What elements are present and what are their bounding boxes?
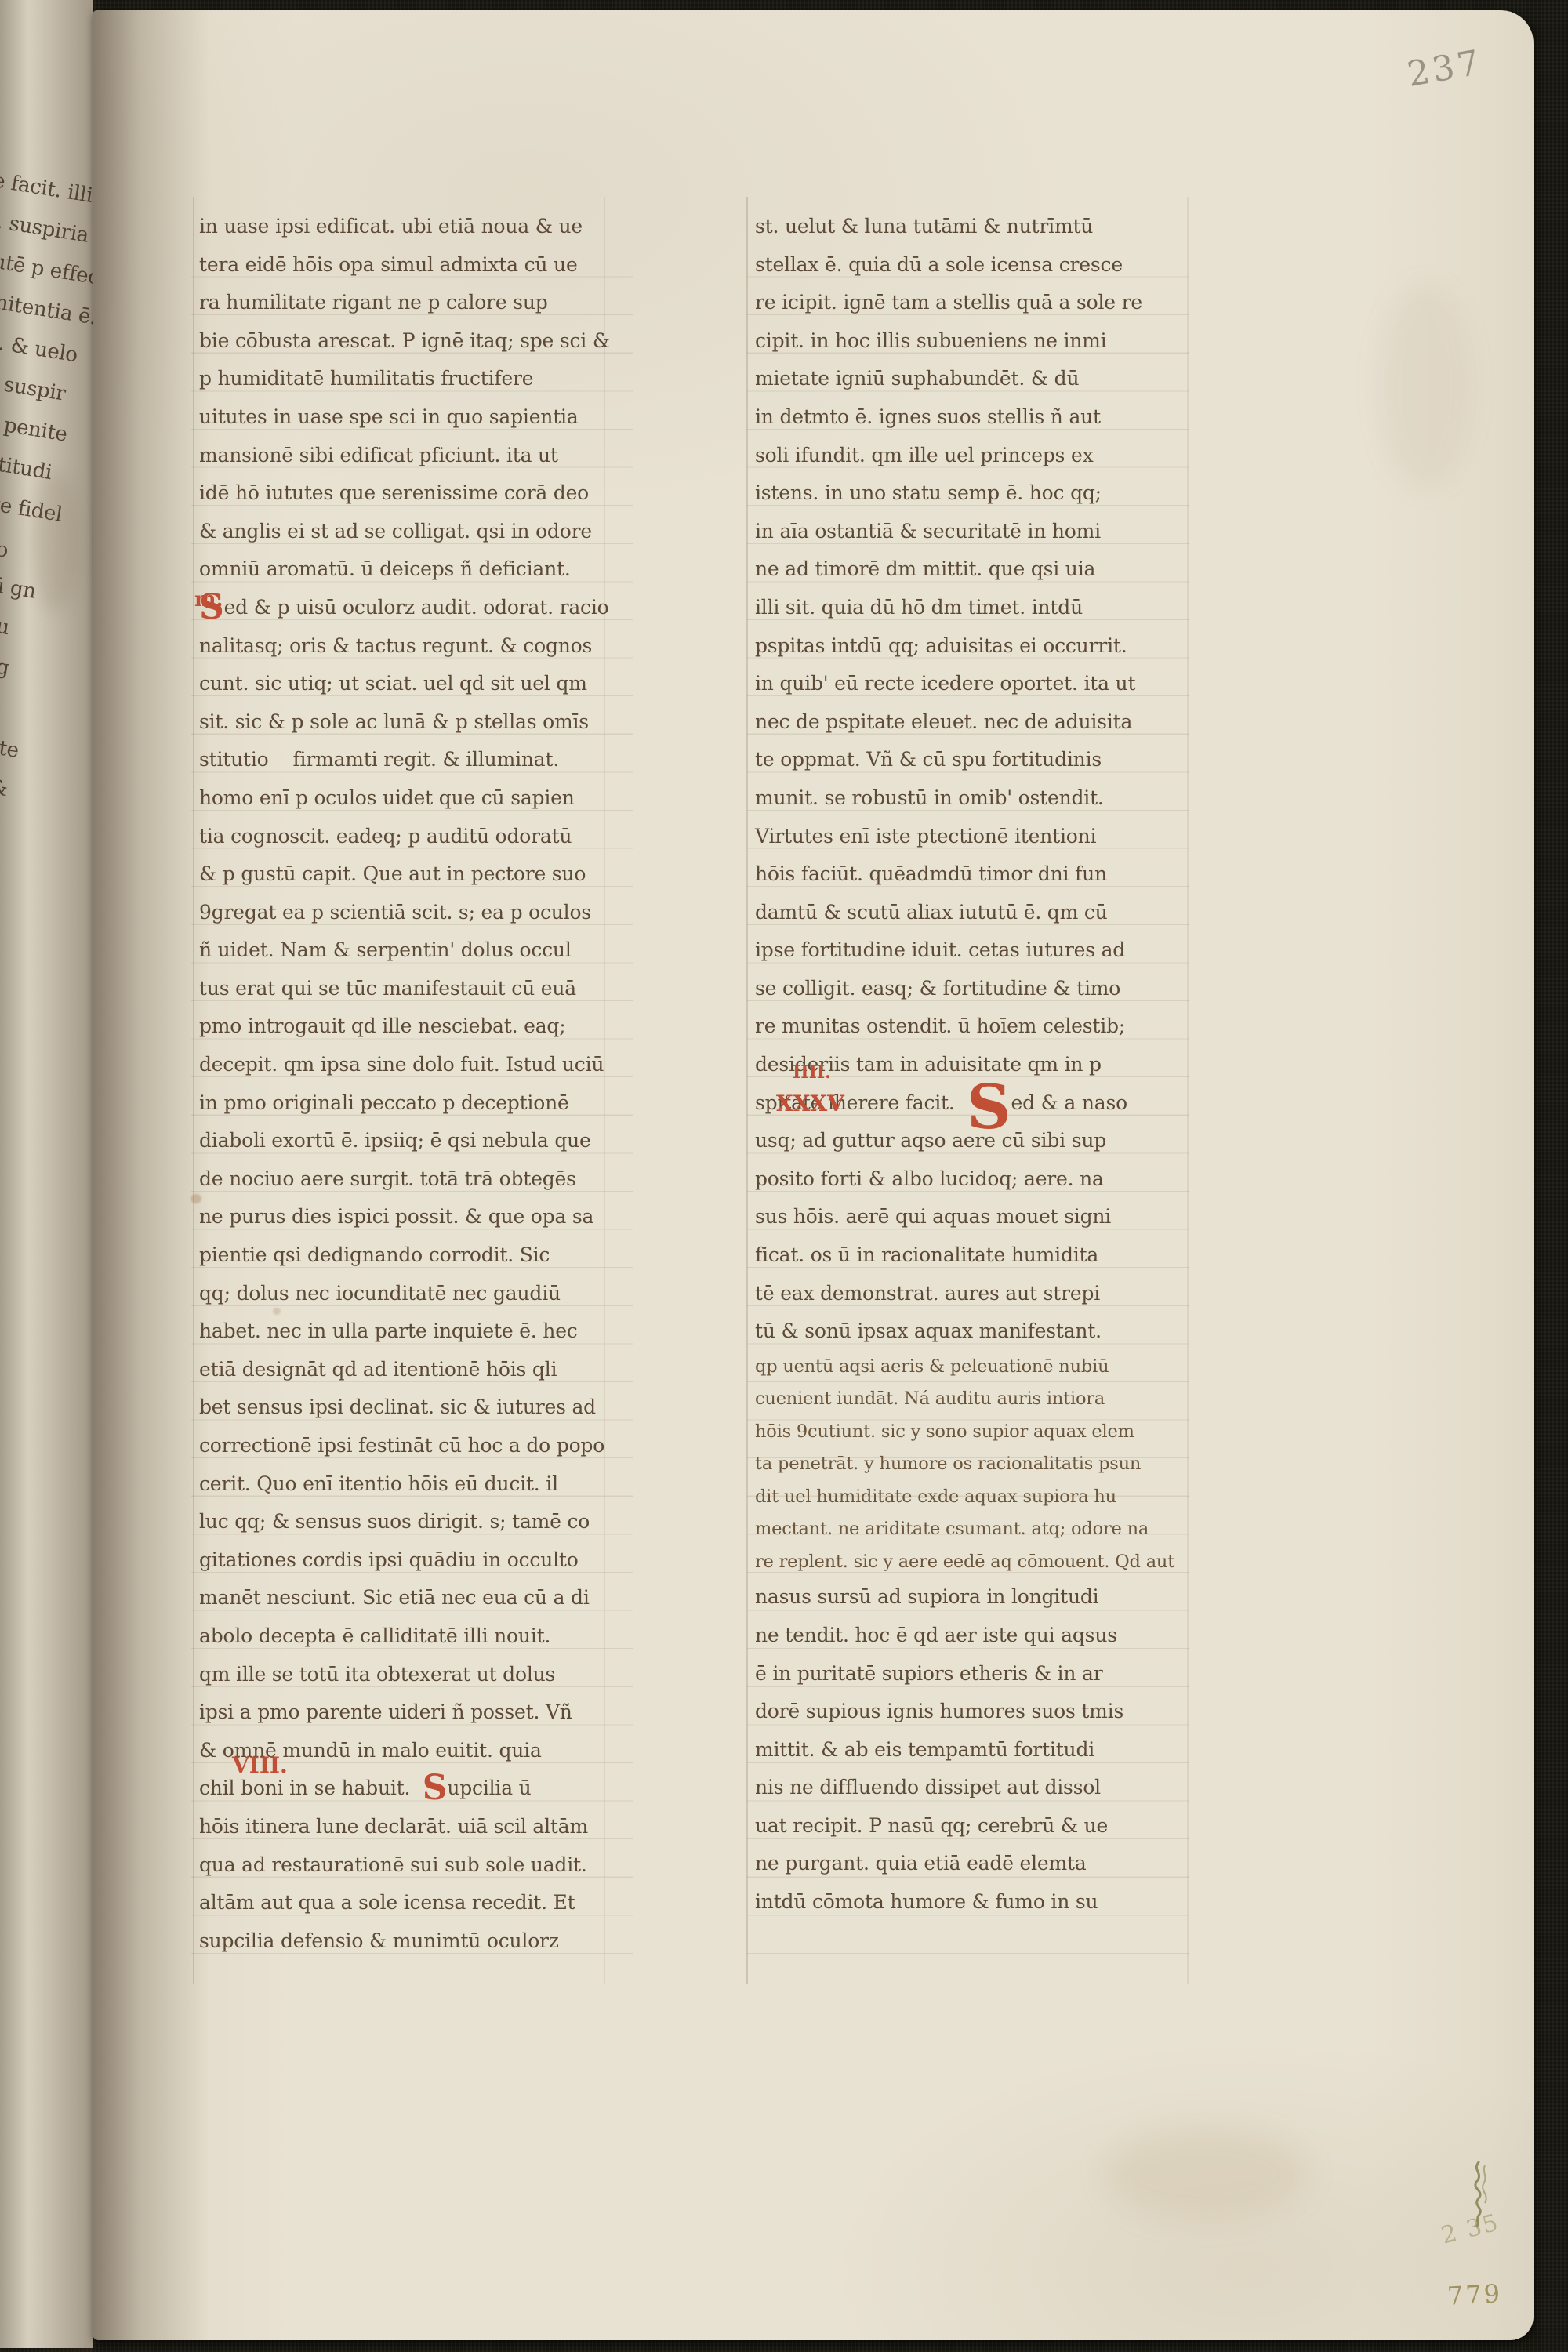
line-text: qua ad restaurationē sui sub sole uadit.: [199, 1853, 587, 1876]
text-line: sit. sic & p sole ac lunā & p stellas om…: [199, 703, 622, 742]
line-text: ipse fortitudine iduit. cetas iutures ad: [755, 938, 1125, 961]
text-line: ipse fortitudine iduit. cetas iutures ad: [755, 931, 1178, 970]
text-line: uat recipit. P nasū qq; cerebrū & ue: [755, 1807, 1178, 1846]
line-text: luc qq; & sensus suos dirigit. s; tamē c…: [199, 1510, 590, 1533]
line-text: ipsi a pmo parente uideri ñ posset. Vñ: [199, 1700, 572, 1723]
line-text: dit uel humiditate exde aquax supiora hu: [755, 1486, 1116, 1507]
line-text: omniū aromatū. ū deiceps ñ deficiant.: [199, 557, 571, 580]
text-line: mansionē sibi edificat pficiunt. ita ut: [199, 437, 622, 475]
text-line: gitationes cordis ipsi quādiu in occulto: [199, 1541, 622, 1580]
text-line: hōis faciūt. quēadmdū timor dni fun: [755, 855, 1178, 894]
text-line: tē eax demonstrat. aures aut strepi: [755, 1275, 1178, 1313]
text-line: sus hōis. aerē qui aquas mouet signi: [755, 1198, 1178, 1236]
line-text: ed & a naso: [1011, 1091, 1127, 1114]
line-text: hōis faciūt. quēadmdū timor dni fun: [755, 862, 1107, 885]
text-line: hōis itinera lune declarāt. uiā scil alt…: [199, 1808, 622, 1846]
text-line: cipit. in hoc illis subueniens ne inmi: [755, 322, 1178, 361]
text-line: illi sit. quia dū hō dm timet. intdū: [755, 589, 1178, 627]
line-text: ta penetrāt. y humore os racionalitatis …: [755, 1454, 1141, 1474]
chapter-number-xxxv: XXXV: [776, 1091, 844, 1116]
text-line: st. uelut & luna tutāmi & nutrīmtū: [755, 208, 1178, 246]
line-text: in aīa ostantiā & securitatē in homi: [755, 520, 1101, 543]
main-page: in uase ipsi edificat. ubi etiā noua & u…: [93, 10, 1534, 2340]
line-text: mansionē sibi edificat pficiunt. ita ut: [199, 444, 558, 466]
line-text: re replent. sic y aere eedē aq cōmouent.…: [755, 1552, 1174, 1572]
line-text: in uase ipsi edificat. ubi etiā noua & u…: [199, 215, 583, 238]
text-line: tia cognoscit. eadeq; p auditū odoratū: [199, 818, 622, 856]
line-text: ed & p uisū oculorz audit. odorat. racio: [224, 596, 609, 619]
text-line: luc qq; & sensus suos dirigit. s; tamē c…: [199, 1503, 622, 1541]
text-line: tus erat qui se tūc manifestauit cū euā: [199, 970, 622, 1008]
text-line: supcilia defensio & munimtū oculorz: [199, 1922, 622, 1961]
text-line: diaboli exortū ē. ipsiiq; ē qsi nebula q…: [199, 1122, 622, 1160]
line-text: abolo decepta ē calliditatē illi nouit.: [199, 1624, 550, 1647]
line-text: qq; dolus nec iocunditatē nec gaudiū: [199, 1282, 561, 1305]
line-text: nec de pspitate eleuet. nec de aduisita: [755, 710, 1132, 733]
text-column-1: in uase ipsi edificat. ubi etiā noua & u…: [199, 208, 622, 1960]
line-text: soli ifundit. qm ille uel princeps ex: [755, 444, 1094, 466]
text-line: intdū cōmota humore & fumo in su: [755, 1883, 1178, 1922]
line-text: posito forti & albo lucidoq; aere. na: [755, 1167, 1104, 1190]
line-text: re icipit. ignē tam a stellis quā a sole…: [755, 291, 1142, 314]
line-text: munit. se robustū in omib' ostendit.: [755, 786, 1104, 809]
text-line: ipsi a pmo parente uideri ñ posset. Vñ: [199, 1693, 622, 1732]
text-line: ñ uidet. Nam & serpentin' dolus occul: [199, 931, 622, 970]
line-text: uitutes in uase spe sci in quo sapientia: [199, 405, 579, 428]
line-text: sus hōis. aerē qui aquas mouet signi: [755, 1205, 1111, 1228]
line-text: & anglis ei st ad se colligat. qsi in od…: [199, 520, 592, 543]
previous-page-edge: ndere facit. illicientiā. suspiriamas au…: [0, 0, 93, 2348]
line-text: ne purgant. quia etiā eadē elemta: [755, 1852, 1087, 1875]
text-line: & anglis ei st ad se colligat. qsi in od…: [199, 513, 622, 551]
line-text: tē eax demonstrat. aures aut strepi: [755, 1282, 1100, 1305]
line-text: correctionē ipsi festināt cū hoc a do po…: [199, 1434, 604, 1457]
line-text: in detmto ē. ignes suos stellis ñ aut: [755, 405, 1101, 428]
text-line: p humiditatē humilitatis fructifere: [199, 360, 622, 398]
text-line: ne purus dies ispici possit. & que opa s…: [199, 1198, 622, 1236]
text-line: etiā designāt qd ad itentionē hōis qli: [199, 1351, 622, 1389]
text-line: homo enī p oculos uidet que cū sapien: [199, 779, 622, 818]
line-text: upcilia ū: [447, 1777, 531, 1799]
line-text: idē hō iututes que serenissime corā deo: [199, 481, 589, 504]
text-line: tera eidē hōis opa simul admixta cū ue: [199, 246, 622, 285]
line-text: qp uentū aqsi aeris & peleuationē nubiū: [755, 1356, 1109, 1377]
line-text: in pmo originali peccato p deceptionē: [199, 1091, 569, 1114]
line-text: tus erat qui se tūc manifestauit cū euā: [199, 977, 576, 1000]
line-text: etiā designāt qd ad itentionē hōis qli: [199, 1358, 557, 1381]
text-line: in quib' eū recte icedere oportet. ita u…: [755, 665, 1178, 703]
line-text: p humiditatē humilitatis fructifere: [199, 367, 533, 390]
line-text: pspitas intdū qq; aduisitas ei occurrit.: [755, 634, 1127, 657]
text-line: re munitas ostendit. ū hoīem celestib;: [755, 1007, 1178, 1046]
line-text: & p gustū capit. Que aut in pectore suo: [199, 862, 586, 885]
line-text: ē in puritatē supiors etheris & in ar: [755, 1662, 1102, 1685]
text-line: pientie qsi dedignando corrodit. Sic: [199, 1236, 622, 1275]
line-text: chil boni in se habuit.: [199, 1777, 423, 1799]
text-line: in detmto ē. ignes suos stellis ñ aut: [755, 398, 1178, 437]
text-line: pspitas intdū qq; aduisitas ei occurrit.: [755, 627, 1178, 666]
bottom-inscription: 779: [1446, 2278, 1503, 2311]
ruling-line-vertical: [1187, 197, 1189, 1984]
text-line: in pmo originali peccato p deceptionē: [199, 1084, 622, 1123]
text-line: ta penetrāt. y humore os racionalitatis …: [755, 1448, 1178, 1481]
text-line: qp uentū aqsi aeris & peleuationē nubiū: [755, 1351, 1178, 1384]
line-text: tū & sonū ipsax aquax manifestant.: [755, 1319, 1102, 1342]
line-text: se colligit. easq; & fortitudine & timo: [755, 977, 1120, 1000]
text-line: stitutio firmamti regit. & illuminat.: [199, 741, 622, 779]
text-line: dorē supious ignis humores suos tmis: [755, 1693, 1178, 1731]
text-line: cerit. Quo enī itentio hōis eū ducit. il: [199, 1465, 622, 1504]
line-text: cuenient iundāt. Ná auditu auris intiora: [755, 1388, 1105, 1409]
line-text: usq; ad guttur aqso aere cū sibi sup: [755, 1129, 1106, 1152]
text-line: nasus sursū ad supiora in longitudi: [755, 1578, 1178, 1617]
parchment-stain: [1104, 2127, 1308, 2221]
parchment-stain: [1378, 285, 1472, 488]
line-text: tera eidē hōis opa simul admixta cū ue: [199, 253, 578, 276]
line-text: st. uelut & luna tutāmi & nutrīmtū: [755, 215, 1093, 238]
line-text: ra humilitate rigant ne p calore sup: [199, 291, 548, 314]
text-line: in uase ipsi edificat. ubi etiā noua & u…: [199, 208, 622, 246]
line-text: te oppmat. Vñ & cū spu fortitudinis: [755, 748, 1102, 771]
manuscript-photo: { "photo": { "folio_number": "237", "fai…: [0, 0, 1568, 2352]
text-line: nec de pspitate eleuet. nec de aduisita: [755, 703, 1178, 742]
text-line: qm ille se totū ita obtexerat ut dolus: [199, 1656, 622, 1694]
line-text: ne ad timorē dm mittit. que qsi uia: [755, 557, 1095, 580]
text-line: munit. se robustū in omib' ostendit.: [755, 779, 1178, 818]
line-text: mietate igniū suphabundēt. & dū: [755, 367, 1079, 390]
line-text: ñ uidet. Nam & serpentin' dolus occul: [199, 938, 572, 961]
line-text: stellax ē. quia dū a sole icensa cresce: [755, 253, 1123, 276]
text-line: idē hō iututes que serenissime corā deo: [199, 474, 622, 513]
chapter-number-viii: VIII.: [232, 1752, 288, 1778]
text-line: re replent. sic y aere eedē aq cōmouent.…: [755, 1546, 1178, 1579]
line-text: pientie qsi dedignando corrodit. Sic: [199, 1243, 550, 1266]
line-text: qm ille se totū ita obtexerat ut dolus: [199, 1663, 555, 1686]
line-text: supcilia defensio & munimtū oculorz: [199, 1929, 559, 1952]
line-text: hōis itinera lune declarāt. uiā scil alt…: [199, 1815, 588, 1838]
line-text: ndere facit. illic: [0, 162, 93, 209]
text-line: cunt. sic utiq; ut sciat. uel qd sit uel…: [199, 665, 622, 703]
line-text: ne tendit. hoc ē qd aer iste qui aqsus: [755, 1624, 1117, 1646]
line-text: homo enī p oculos uidet que cū sapien: [199, 786, 575, 809]
text-line: uitutes in uase spe sci in quo sapientia: [199, 398, 622, 437]
text-line: se colligit. easq; & fortitudine & timo: [755, 970, 1178, 1008]
marginal-mark-m: m.: [194, 588, 223, 612]
line-text: ficat. os ū in racionalitate humidita: [755, 1243, 1098, 1266]
text-line: ne ad timorē dm mittit. que qsi uia: [755, 550, 1178, 589]
previous-page-text: ndere facit. illicientiā. suspiriamas au…: [0, 154, 93, 2007]
line-text: cunt. sic utiq; ut sciat. uel qd sit uel…: [199, 672, 587, 695]
line-text: stitutio firmamti regit. & illuminat.: [199, 748, 559, 771]
line-text: in quib' eū recte icedere oportet. ita u…: [755, 672, 1135, 695]
text-line: posito forti & albo lucidoq; aere. na: [755, 1160, 1178, 1199]
line-text: habet. nec in ulla parte inquiete ē. hec: [199, 1319, 578, 1342]
line-text: istens. in uno statu semp ē. hoc qq;: [755, 481, 1102, 504]
line-text: nis ne diffluendo dissipet aut dissol: [755, 1776, 1101, 1798]
text-line: hōis 9cutiunt. sic y sono supior aquax e…: [755, 1416, 1178, 1449]
text-line: correctionē ipsi festināt cū hoc a do po…: [199, 1427, 622, 1465]
text-line: nalitasq; oris & tactus regunt. & cognos: [199, 627, 622, 666]
text-line: & p gustū capit. Que aut in pectore suo: [199, 855, 622, 894]
line-text: bet sensus ipsi declinat. sic & iutures …: [199, 1396, 596, 1418]
text-line: Sed & p uisū oculorz audit. odorat. raci…: [199, 589, 622, 627]
line-text: nalitasq; oris & tactus regunt. & cognos: [199, 634, 592, 657]
text-line: nis ne diffluendo dissipet aut dissol: [755, 1769, 1178, 1807]
line-text: altām aut qua a sole icensa recedit. Et: [199, 1891, 575, 1914]
line-text: t o: [0, 535, 9, 563]
line-text: cerit. Quo enī itentio hōis eū ducit. il: [199, 1472, 558, 1495]
line-text: Virtutes enī iste ptectionē itentioni: [755, 825, 1096, 848]
text-line: mittit. & ab eis tempamtū fortitudi: [755, 1731, 1178, 1769]
text-line: ficat. os ū in racionalitate humidita: [755, 1236, 1178, 1275]
line-text: intdū cōmota humore & fumo in su: [755, 1890, 1098, 1913]
line-text: tia cognoscit. eadeq; p auditū odoratū: [199, 825, 572, 848]
text-line: pmo introgauit qd ille nesciebat. eaq;: [199, 1007, 622, 1046]
pen-trial-scribble: [1455, 2158, 1502, 2228]
text-line: habet. nec in ulla parte inquiete ē. hec: [199, 1312, 622, 1351]
text-line: mectant. ne ariditate csumant. atq; odor…: [755, 1513, 1178, 1546]
text-line: bie cōbusta arescat. P ignē itaq; spe sc…: [199, 322, 622, 361]
text-line: bet sensus ipsi declinat. sic & iutures …: [199, 1388, 622, 1427]
line-text: manēt nesciunt. Sic etiā nec eua cū a di: [199, 1586, 590, 1609]
line-text: mittit. & ab eis tempamtū fortitudi: [755, 1738, 1094, 1761]
line-text: gitationes cordis ipsi quādiu in occulto: [199, 1548, 579, 1571]
text-line: omniū aromatū. ū deiceps ñ deficiant.: [199, 550, 622, 589]
line-text: 9gregat ea p scientiā scit. s; ea p ocul…: [199, 901, 591, 924]
rubric-initial: S: [423, 1768, 448, 1808]
text-line: stellax ē. quia dū a sole icensa cresce: [755, 246, 1178, 285]
text-line: abolo decepta ē calliditatē illi nouit.: [199, 1617, 622, 1656]
line-text: diaboli exortū ē. ipsiiq; ē qsi nebula q…: [199, 1129, 591, 1152]
text-line: qua ad restaurationē sui sub sole uadit.: [199, 1846, 622, 1885]
line-text: uat recipit. P nasū qq; cerebrū & ue: [755, 1814, 1108, 1837]
chapter-number-iiii: IIII.: [793, 1062, 831, 1083]
text-line: Virtutes enī iste ptectionē itentioni: [755, 818, 1178, 856]
line-text: decepit. qm ipsa sine dolo fuit. Istud u…: [199, 1053, 604, 1076]
line-text: dorē supious ignis humores suos tmis: [755, 1700, 1123, 1722]
text-line: de nociuo aere surgit. totā trā obtegēs: [199, 1160, 622, 1199]
text-line: ra humilitate rigant ne p calore sup: [199, 284, 622, 322]
text-line: dit uel humiditate exde aquax supiora hu: [755, 1481, 1178, 1514]
text-line: ē in puritatē supiors etheris & in ar: [755, 1655, 1178, 1693]
line-text: damtū & scutū aliax iututū ē. qm cū: [755, 901, 1108, 924]
text-line: te oppmat. Vñ & cū spu fortitudinis: [755, 741, 1178, 779]
text-line: re icipit. ignē tam a stellis quā a sole…: [755, 284, 1178, 322]
text-line: istens. in uno statu semp ē. hoc qq;: [755, 474, 1178, 513]
line-text: bie cōbusta arescat. P ignē itaq; spe sc…: [199, 329, 610, 352]
line-text: mectant. ne ariditate csumant. atq; odor…: [755, 1519, 1149, 1539]
text-line: altām aut qua a sole icensa recedit. Et: [199, 1884, 622, 1922]
text-line: decepit. qm ipsa sine dolo fuit. Istud u…: [199, 1046, 622, 1084]
text-line: qq; dolus nec iocunditatē nec gaudiū: [199, 1275, 622, 1313]
line-text: nasus sursū ad supiora in longitudi: [755, 1585, 1098, 1608]
ruling-line-vertical: [746, 197, 748, 1984]
text-line: damtū & scutū aliax iututū ē. qm cū: [755, 894, 1178, 932]
ruling-line-vertical: [193, 197, 194, 1984]
text-line: in aīa ostantiā & securitatē in homi: [755, 513, 1178, 551]
line-text: pmo introgauit qd ille nesciebat. eaq;: [199, 1014, 565, 1037]
line-text: de nociuo aere surgit. totā trā obtegēs: [199, 1167, 576, 1190]
text-line: manēt nesciunt. Sic etiā nec eua cū a di: [199, 1579, 622, 1617]
text-line: ne tendit. hoc ē qd aer iste qui aqsus: [755, 1617, 1178, 1655]
text-line: cuenient iundāt. Ná auditu auris intiora: [755, 1383, 1178, 1416]
text-line: tū & sonū ipsax aquax manifestant.: [755, 1312, 1178, 1351]
text-line: soli ifundit. qm ille uel princeps ex: [755, 437, 1178, 475]
text-line: 9gregat ea p scientiā scit. s; ea p ocul…: [199, 894, 622, 932]
line-text: hōis 9cutiunt. sic y sono supior aquax e…: [755, 1421, 1134, 1442]
text-line: mietate igniū suphabundēt. & dū: [755, 360, 1178, 398]
text-line: usq; ad guttur aqso aere cū sibi sup: [755, 1122, 1178, 1160]
line-text: cipit. in hoc illis subueniens ne inmi: [755, 329, 1106, 352]
line-text: ne purus dies ispici possit. & que opa s…: [199, 1205, 593, 1228]
line-text: illi sit. quia dū hō dm timet. intdū: [755, 596, 1083, 619]
line-text: re munitas ostendit. ū hoīem celestib;: [755, 1014, 1125, 1037]
text-line: ne purgant. quia etiā eadē elemta: [755, 1845, 1178, 1883]
line-text: sit. sic & p sole ac lunā & p stellas om…: [199, 710, 589, 733]
